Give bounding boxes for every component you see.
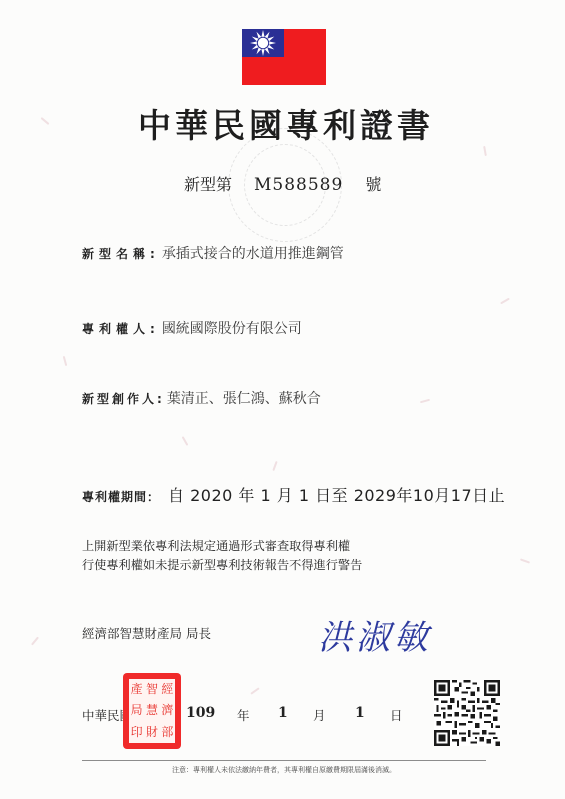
roc-flag-icon bbox=[242, 29, 326, 85]
certificate-title: 中華民國專利證書 bbox=[136, 100, 436, 147]
field-label: 專利權人: bbox=[82, 320, 160, 337]
paper-fiber bbox=[483, 146, 487, 156]
paper-fiber bbox=[182, 436, 189, 446]
seal-char: 財 bbox=[144, 722, 159, 743]
seal-char: 智 bbox=[144, 679, 159, 700]
flag-canton bbox=[242, 29, 284, 57]
paper-fiber bbox=[63, 356, 68, 366]
field-label: 新型名稱: bbox=[82, 245, 160, 262]
official-seal-icon: 產 智 經 局 慧 濟 印 財 部 bbox=[123, 673, 181, 749]
paper-fiber bbox=[31, 637, 39, 646]
signatory-title: 經濟部智慧財產局 局長 bbox=[82, 624, 211, 642]
footer-note: 注意：專利權人未依法繳納年費者，其專利權自原繳費期限屆滿後消滅。 bbox=[82, 765, 486, 775]
seal-char: 產 bbox=[129, 679, 144, 700]
issue-date-month: 1 bbox=[278, 705, 288, 721]
seal-characters: 產 智 經 局 慧 濟 印 財 部 bbox=[129, 679, 175, 743]
seal-char: 印 bbox=[129, 722, 144, 743]
paper-fiber bbox=[420, 399, 430, 404]
issue-date-month-unit: 月 bbox=[313, 706, 326, 724]
patent-term: 專利權期間： 自 2020 年 1 月 1 日至 2029年10月17日止 bbox=[82, 483, 505, 506]
field-patentee: 專利權人: 國統國際股份有限公司 bbox=[82, 318, 302, 338]
seal-char: 慧 bbox=[144, 700, 159, 721]
issue-date-day-unit: 日 bbox=[390, 706, 403, 724]
seal-char: 部 bbox=[160, 722, 175, 743]
qr-code-icon[interactable] bbox=[434, 680, 500, 746]
patent-number: M588589 bbox=[254, 175, 343, 195]
white-sun-icon bbox=[250, 30, 276, 56]
notice-line-2: 行使專利權如未提示新型專利技術報告不得進行警告 bbox=[82, 556, 362, 575]
certificate-number: 新型第M588589號 bbox=[184, 172, 381, 195]
field-value: 葉清正、張仁鴻、蘇秋合 bbox=[167, 388, 321, 408]
term-value: 自 2020 年 1 月 1 日至 2029年10月17日止 bbox=[168, 483, 505, 506]
paper-fiber bbox=[520, 558, 530, 563]
paper-fiber bbox=[500, 298, 510, 305]
paper-fiber bbox=[41, 117, 50, 125]
field-value: 國統國際股份有限公司 bbox=[162, 318, 302, 338]
seal-char: 經 bbox=[160, 679, 175, 700]
seal-char: 局 bbox=[129, 700, 144, 721]
seal-char: 濟 bbox=[160, 700, 175, 721]
footer-divider bbox=[82, 760, 486, 761]
notice-line-1: 上開新型業依專利法規定通過形式審查取得專利權 bbox=[82, 537, 362, 556]
issue-date-year: 109 bbox=[186, 705, 215, 721]
number-prefix: 新型第 bbox=[184, 175, 232, 194]
issue-date-year-unit: 年 bbox=[237, 706, 250, 724]
term-label: 專利權期間： bbox=[82, 488, 160, 505]
number-suffix: 號 bbox=[365, 175, 381, 194]
issue-date-day: 1 bbox=[355, 705, 365, 721]
paper-fiber bbox=[272, 461, 277, 471]
director-signature: 洪淑敏 bbox=[318, 610, 432, 659]
legal-notice: 上開新型業依專利法規定通過形式審查取得專利權 行使專利權如未提示新型專利技術報告… bbox=[82, 537, 362, 575]
certificate-page: 中華民國專利證書 新型第M588589號 新型名稱: 承插式接合的水道用推進鋼管… bbox=[0, 0, 565, 799]
field-value: 承插式接合的水道用推進鋼管 bbox=[162, 243, 344, 263]
field-utility-model-name: 新型名稱: 承插式接合的水道用推進鋼管 bbox=[82, 243, 344, 263]
field-creators: 新型創作人: 葉清正、張仁鴻、蘇秋合 bbox=[82, 388, 321, 408]
field-label: 新型創作人: bbox=[82, 390, 165, 407]
paper-fiber bbox=[250, 687, 259, 694]
